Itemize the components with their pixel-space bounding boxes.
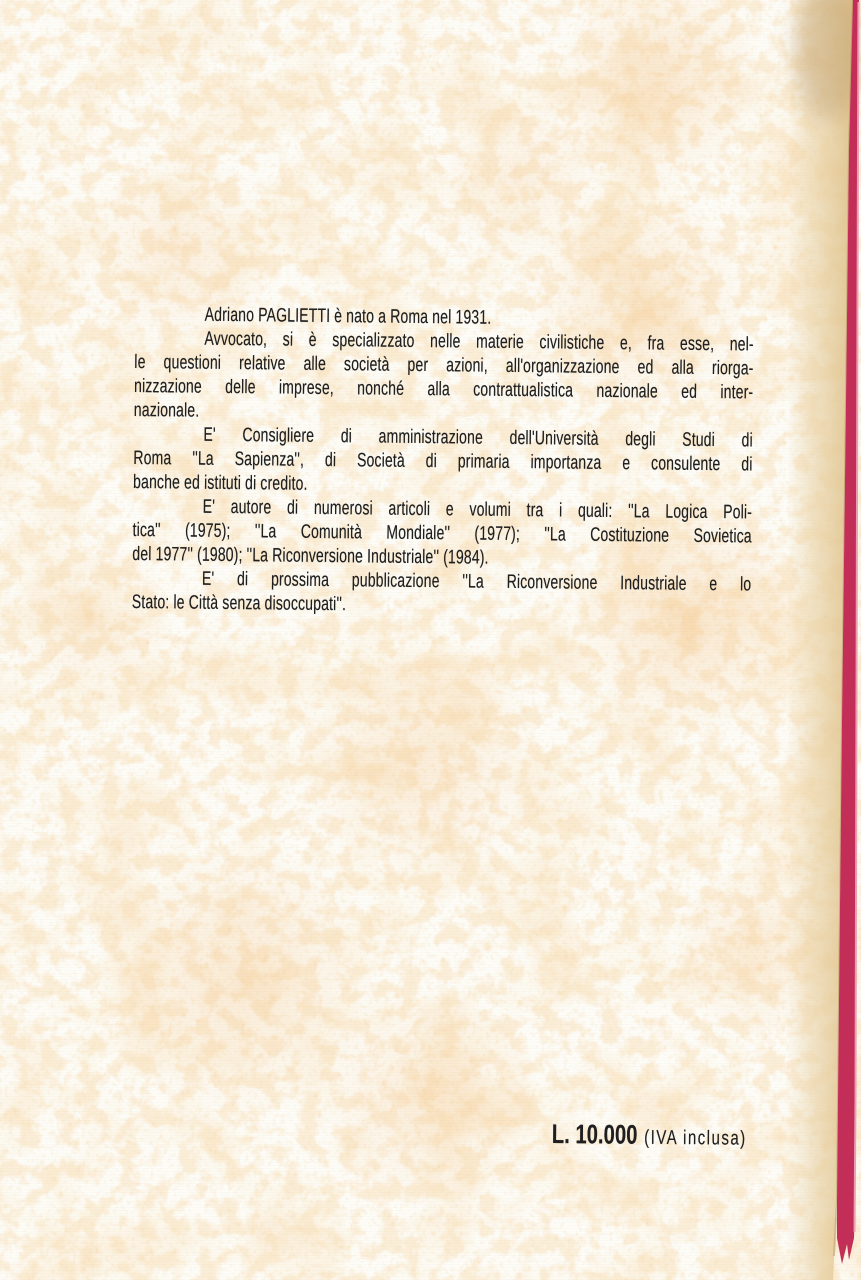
scan-grain-overlay	[0, 0, 861, 1280]
red-cover-edge	[837, 0, 859, 1264]
stain-clusters	[0, 0, 861, 1280]
page-edge-seam	[834, 0, 853, 1256]
book-back-cover: Adriano PAGLIETTI è nato a Roma nel 1931…	[0, 0, 861, 1280]
paper-stain-texture	[0, 0, 861, 1280]
page-edge-top-shadow	[793, 0, 861, 120]
bio-text-block: Adriano PAGLIETTI è nato a Roma nel 1931…	[132, 302, 754, 620]
cover-edge-graphic	[0, 0, 861, 1280]
price-line: L. 10.000(IVA inclusa)	[552, 1119, 747, 1152]
red-cover-edge-highlight	[855, 2, 859, 1232]
price-amount: L. 10.000	[552, 1119, 638, 1150]
page-edge-shadow	[786, 0, 853, 1280]
price-vat-note: (IVA inclusa)	[644, 1127, 747, 1150]
canvas-weave-texture	[0, 0, 861, 1280]
